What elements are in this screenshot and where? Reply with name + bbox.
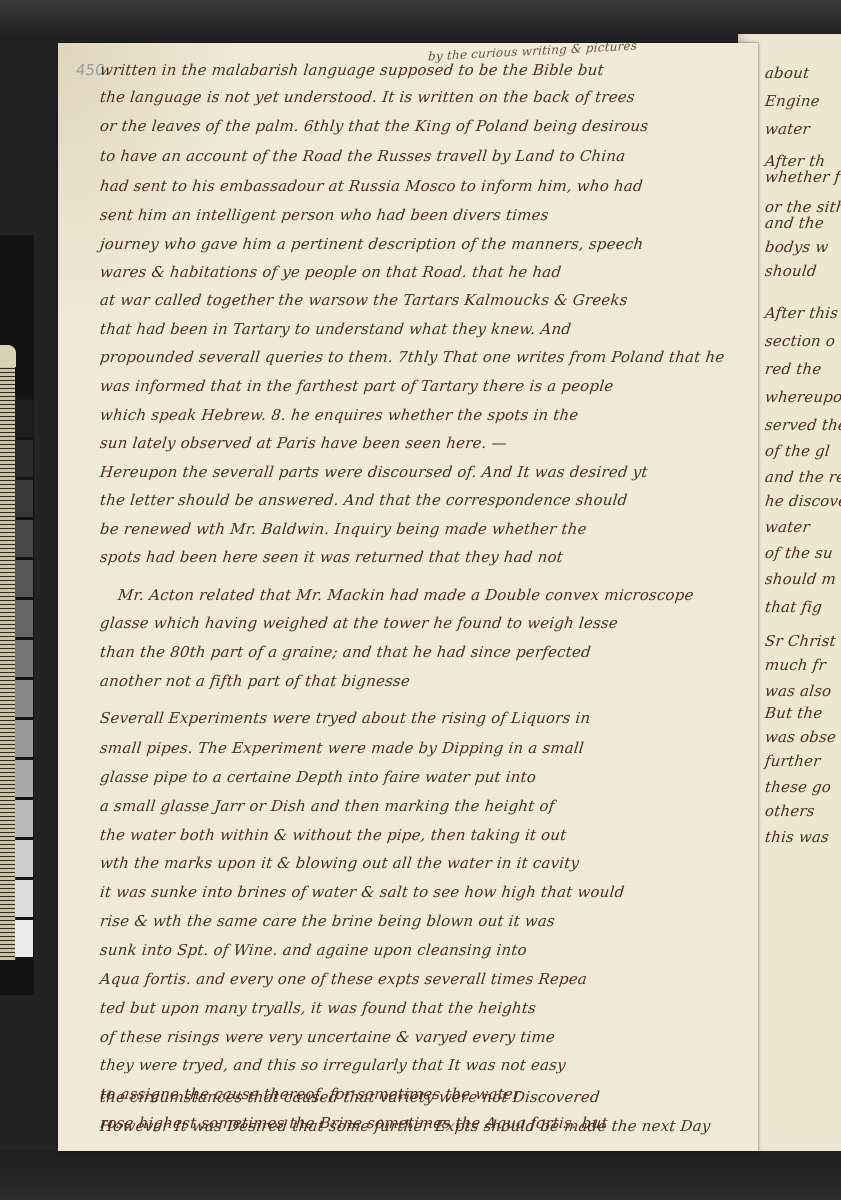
facing-page-line: was obse (764, 730, 837, 745)
manuscript-line: had sent to his embassadour at Russia Mo… (99, 179, 643, 194)
scale-ruler (0, 360, 16, 960)
manuscript-line: rise & wth the same care the brine being… (99, 914, 555, 929)
manuscript-line: small pipes. The Experiment were made by… (99, 741, 584, 756)
grey-step (15, 400, 33, 437)
facing-page-line: section o (764, 334, 836, 349)
facing-page-line: or the sithe (764, 200, 841, 215)
manuscript-line: or the leaves of the palm. 6thly that th… (99, 119, 649, 134)
manuscript-line: a small glasse Jarr or Dish and then mar… (99, 799, 555, 814)
facing-page-line: served the (764, 418, 841, 433)
facing-page-line: bodys w (764, 240, 829, 255)
manuscript-line: propounded severall queries to them. 7th… (99, 350, 725, 365)
manuscript-line: the circumstances that caused that varie… (99, 1090, 600, 1105)
manuscript-line: it was sunke into brines of water & salt… (99, 885, 625, 900)
facing-page-line: was also (764, 684, 832, 699)
facing-page-line: much fr (764, 658, 826, 673)
facing-page-line: further (764, 754, 821, 769)
grey-step (15, 480, 33, 517)
manuscript-line: another not a fifth part of that bigness… (99, 674, 411, 689)
manuscript-line: Severall Experiments were tryed about th… (99, 711, 591, 726)
grey-step (15, 600, 33, 637)
facing-page-line: and the (764, 216, 825, 231)
grey-step (15, 760, 33, 797)
scanner-backdrop-bottom (0, 1150, 841, 1200)
facing-page-line: and the re (764, 470, 841, 485)
grey-step (15, 560, 33, 597)
facing-page-line: water (764, 520, 810, 535)
manuscript-line: that had been in Tartary to understand w… (99, 322, 572, 337)
manuscript-line: spots had been here seen it was returned… (99, 550, 564, 565)
manuscript-line: However It was Desired that some further… (99, 1119, 711, 1134)
grey-step (15, 520, 33, 557)
facing-page-line: about (764, 66, 810, 81)
interlinear-insertion: by the curious writing & pictures (428, 39, 638, 62)
manuscript-line: the letter should be answered. And that … (99, 493, 628, 508)
manuscript-line: Aqua fortis. and every one of these expt… (99, 972, 588, 987)
manuscript-line: sent him an intelligent person who had b… (99, 208, 549, 223)
manuscript-line: than the 80th part of a graine; and that… (99, 645, 591, 660)
facing-page-line: should (764, 264, 817, 279)
facing-page-line: should m (764, 572, 837, 587)
manuscript-page: 450. by the curious writing & pictures w… (58, 43, 758, 1151)
manuscript-line: which speak Hebrew. 8. he enquires wheth… (99, 408, 579, 423)
facing-page-line: of the gl (764, 444, 830, 459)
facing-page-line: he discove (764, 494, 841, 509)
facing-page-line: After this (764, 306, 839, 321)
grey-step (15, 880, 33, 917)
facing-page-line: these go (764, 780, 832, 795)
calibration-tab (0, 345, 16, 367)
manuscript-line: sun lately observed at Paris have been s… (99, 436, 507, 451)
manuscript-line: at war called together the warsow the Ta… (99, 293, 628, 308)
facing-page-line: whereupon (764, 390, 841, 405)
manuscript-line: sunk into Spt. of Wine. and againe upon … (99, 943, 527, 958)
manuscript-line: wares & habitations of ye people on that… (99, 265, 562, 280)
facing-page-line: others (764, 804, 815, 819)
facing-page-line: whether f (764, 170, 841, 185)
facing-page-line: that fig (764, 600, 823, 615)
facing-page-line: Engine (764, 94, 820, 109)
manuscript-line: was informed that in the farthest part o… (99, 379, 614, 394)
manuscript-line: the water both within & without the pipe… (99, 828, 567, 843)
manuscript-line: be renewed wth Mr. Baldwin. Inquiry bein… (99, 522, 587, 537)
facing-page-line: red the (764, 362, 822, 377)
grey-step (15, 440, 33, 477)
manuscript-line: glasse which having weighed at the tower… (99, 616, 618, 631)
manuscript-line: wth the marks upon it & blowing out all … (99, 856, 580, 871)
manuscript-line: Mr. Acton related that Mr. Mackin had ma… (117, 588, 694, 603)
facing-page-line: But the (764, 706, 823, 721)
manuscript-line: they were tryed, and this so irregularly… (99, 1058, 566, 1073)
manuscript-line: to have an account of the Road the Russe… (99, 149, 626, 164)
grey-step (15, 840, 33, 877)
facing-page-line: Sr Christ (764, 634, 836, 649)
grey-step (15, 800, 33, 837)
grey-step (15, 920, 33, 957)
grey-step (15, 720, 33, 757)
facing-page-line: water (764, 122, 810, 137)
facing-page-line: of the su (764, 546, 833, 561)
manuscript-line: written in the malabarish language suppo… (99, 63, 604, 78)
facing-page-line: this was (764, 830, 830, 845)
manuscript-line: journey who gave him a pertinent descrip… (99, 237, 644, 252)
grey-step (15, 640, 33, 677)
manuscript-line: the language is not yet understood. It i… (99, 90, 635, 105)
scanner-backdrop-top (0, 0, 841, 40)
facing-page-line: After th (764, 154, 826, 169)
manuscript-line: glasse pipe to a certaine Depth into fai… (99, 770, 537, 785)
manuscript-line: of these risings were very uncertaine & … (99, 1030, 556, 1045)
grey-step (15, 360, 33, 397)
manuscript-line: ted but upon many tryalls, it was found … (99, 1001, 537, 1016)
grey-step (15, 680, 33, 717)
manuscript-line: Hereupon the severall parts were discour… (99, 465, 648, 480)
